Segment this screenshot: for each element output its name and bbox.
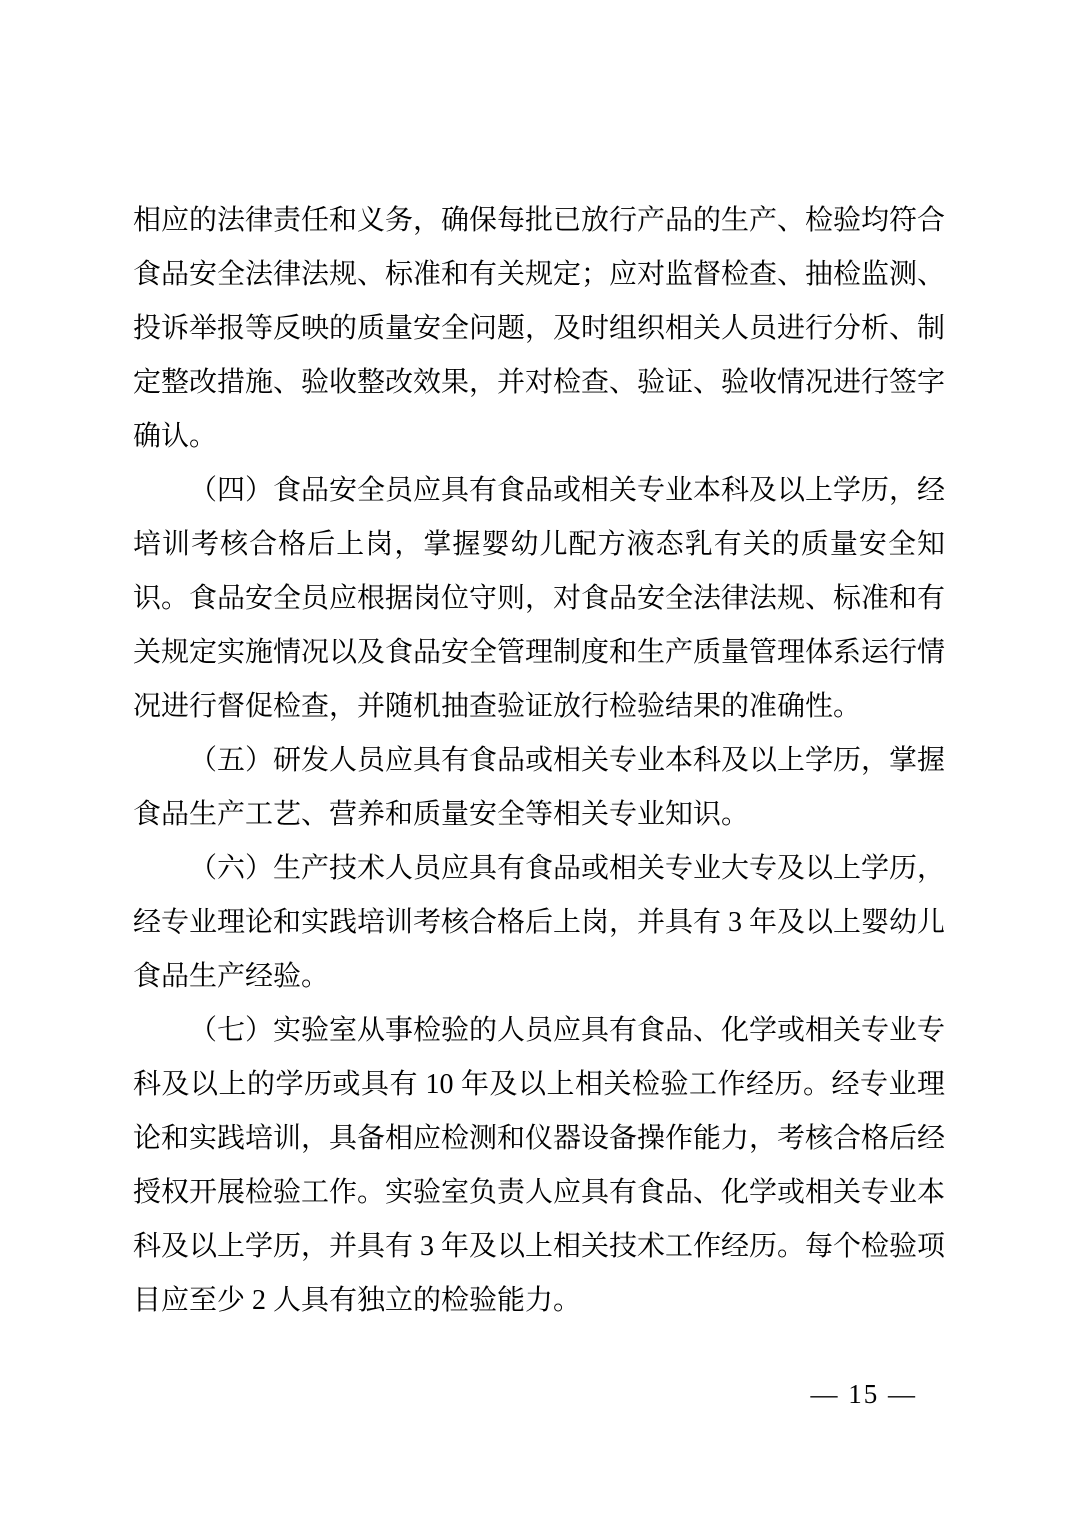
paragraph-continuation: 相应的法律责任和义务，确保每批已放行产品的生产、检验均符合食品安全法律法规、标准…	[133, 194, 945, 464]
paragraph-item-6: （六）生产技术人员应具有食品或相关专业大专及以上学历，经专业理论和实践培训考核合…	[133, 842, 945, 1004]
page-number: — 15 —	[811, 1378, 918, 1410]
paragraph-item-4: （四）食品安全员应具有食品或相关专业本科及以上学历，经培训考核合格后上岗，掌握婴…	[133, 464, 945, 734]
document-page: 相应的法律责任和义务，确保每批已放行产品的生产、检验均符合食品安全法律法规、标准…	[0, 0, 1080, 1527]
paragraph-item-7: （七）实验室从事检验的人员应具有食品、化学或相关专业专科及以上的学历或具有 10…	[133, 1004, 945, 1328]
paragraph-item-5: （五）研发人员应具有食品或相关专业本科及以上学历，掌握食品生产工艺、营养和质量安…	[133, 734, 945, 842]
body-text-block: 相应的法律责任和义务，确保每批已放行产品的生产、检验均符合食品安全法律法规、标准…	[133, 194, 945, 1328]
